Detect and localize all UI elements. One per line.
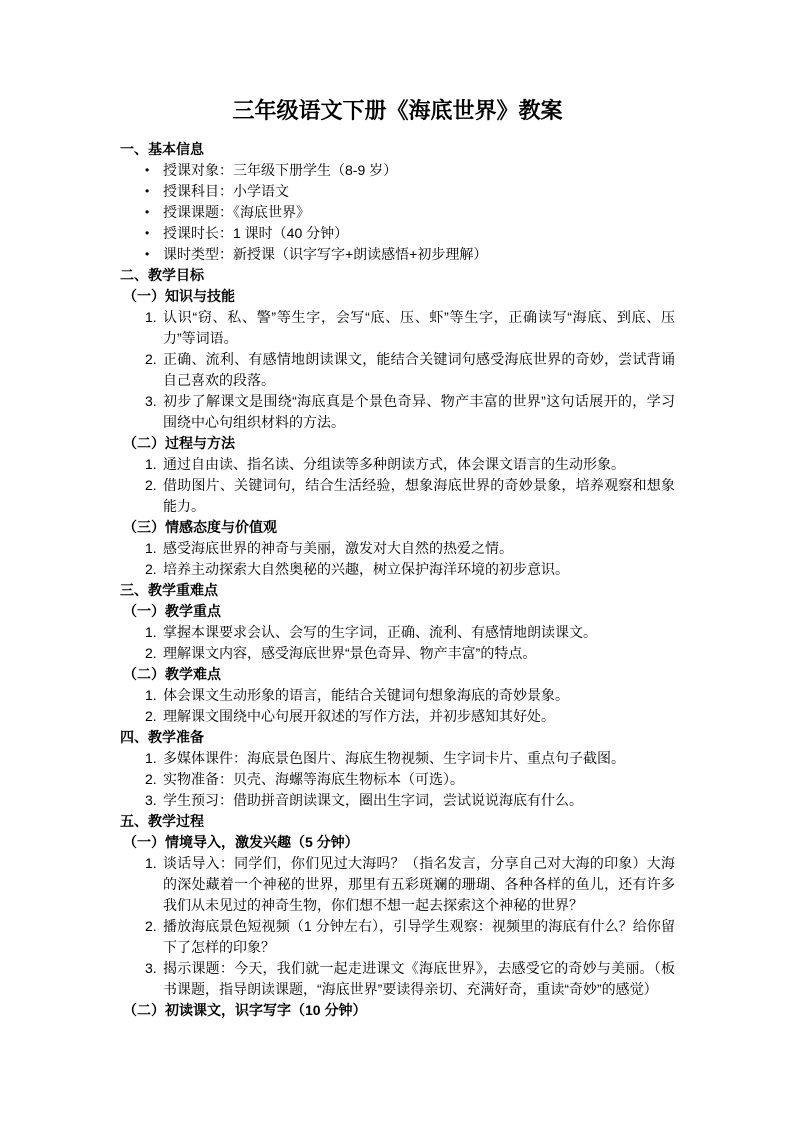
list-item: 1. 体会课文生动形象的语言，能结合关键词句想象海底的奇妙景象。 xyxy=(120,685,675,706)
list-item: 2. 培养主动探索大自然奥秘的兴趣，树立保护海洋环境的初步意识。 xyxy=(120,559,675,580)
list-item: 1. 谈话导入：同学们，你们见过大海吗？（指名发言，分享自己对大海的印象）大海的… xyxy=(120,853,675,916)
item-text: 多媒体课件：海底景色图片、海底生物视频、生字词卡片、重点句子截图。 xyxy=(163,748,675,769)
bullet-icon: • xyxy=(145,181,163,202)
list-item: 2. 实物准备：贝壳、海螺等海底生物标本（可选）。 xyxy=(120,769,675,790)
item-text: 课时类型：新授课（识字写字+朗读感悟+初步理解） xyxy=(163,244,675,265)
list-item: 1. 掌握本课要求会认、会写的生字词，正确、流利、有感情地朗读课文。 xyxy=(120,622,675,643)
bullet-icon: • xyxy=(145,244,163,265)
subsection-heading-process-methods: （二）过程与方法 xyxy=(120,433,675,454)
item-text: 感受海底世界的神奇与美丽，激发对大自然的热爱之情。 xyxy=(163,538,675,559)
bullet-icon: • xyxy=(145,160,163,181)
item-text: 授课课题：《海底世界》 xyxy=(163,202,675,223)
section-heading-teaching-process: 五、教学过程 xyxy=(120,811,675,832)
section-heading-teaching-preparation: 四、教学准备 xyxy=(120,727,675,748)
item-text: 揭示课题：今天，我们就一起走进课文《海底世界》，去感受它的奇妙与美丽。（板书课题… xyxy=(163,958,675,1000)
subsection-heading-difficult-points: （二）教学难点 xyxy=(120,664,675,685)
section-heading-basic-info: 一、基本信息 xyxy=(120,139,675,160)
number-marker: 1. xyxy=(145,622,163,643)
item-text: 借助图片、关键词句，结合生活经验，想象海底世界的奇妙景象，培养观察和想象能力。 xyxy=(163,475,675,517)
list-item: • 授课时长：1 课时（40 分钟） xyxy=(120,223,675,244)
subsection-heading-first-reading: （二）初读课文，识字写字（10 分钟） xyxy=(120,1000,675,1021)
bullet-icon: • xyxy=(145,223,163,244)
number-marker: 2. xyxy=(145,769,163,790)
subsection-heading-emotion-values: （三）情感态度与价值观 xyxy=(120,517,675,538)
section-heading-teaching-goals: 二、教学目标 xyxy=(120,265,675,286)
number-marker: 1. xyxy=(145,307,163,328)
section-heading-key-difficult-points: 三、教学重难点 xyxy=(120,580,675,601)
subsection-heading-situational-introduction: （一）情境导入，激发兴趣（5 分钟） xyxy=(120,832,675,853)
list-item: 1. 通过自由读、指名读、分组读等多种朗读方式，体会课文语言的生动形象。 xyxy=(120,454,675,475)
item-text: 谈话导入：同学们，你们见过大海吗？（指名发言，分享自己对大海的印象）大海的深处藏… xyxy=(163,853,675,916)
list-item: 2. 理解课文内容，感受海底世界“景色奇异、物产丰富”的特点。 xyxy=(120,643,675,664)
list-item: 2. 播放海底景色短视频（1 分钟左右），引导学生观察：视频里的海底有什么？给你… xyxy=(120,916,675,958)
number-marker: 2. xyxy=(145,475,163,496)
item-text: 实物准备：贝壳、海螺等海底生物标本（可选）。 xyxy=(163,769,675,790)
item-text: 授课科目：小学语文 xyxy=(163,181,675,202)
list-item: 3. 初步了解课文是围绕“海底真是个景色奇异、物产丰富的世界”这句话展开的，学习… xyxy=(120,391,675,433)
subsection-heading-key-points: （一）教学重点 xyxy=(120,601,675,622)
document-title: 三年级语文下册《海底世界》教案 xyxy=(120,97,675,125)
number-marker: 2. xyxy=(145,643,163,664)
number-marker: 2. xyxy=(145,916,163,937)
number-marker: 3. xyxy=(145,958,163,979)
item-text: 理解课文围绕中心句展开叙述的写作方法，并初步感知其好处。 xyxy=(163,706,675,727)
list-item: 2. 正确、流利、有感情地朗读课文，能结合关键词句感受海底世界的奇妙，尝试背诵自… xyxy=(120,349,675,391)
item-text: 学生预习：借助拼音朗读课文，圈出生字词，尝试说说海底有什么。 xyxy=(163,790,675,811)
list-item: 2. 借助图片、关键词句，结合生活经验，想象海底世界的奇妙景象，培养观察和想象能… xyxy=(120,475,675,517)
list-item: 3. 学生预习：借助拼音朗读课文，圈出生字词，尝试说说海底有什么。 xyxy=(120,790,675,811)
number-marker: 3. xyxy=(145,391,163,412)
item-text: 正确、流利、有感情地朗读课文，能结合关键词句感受海底世界的奇妙，尝试背诵自己喜欢… xyxy=(163,349,675,391)
number-marker: 1. xyxy=(145,538,163,559)
number-marker: 1. xyxy=(145,748,163,769)
item-text: 培养主动探索大自然奥秘的兴趣，树立保护海洋环境的初步意识。 xyxy=(163,559,675,580)
item-text: 掌握本课要求会认、会写的生字词，正确、流利、有感情地朗读课文。 xyxy=(163,622,675,643)
list-item: 1. 多媒体课件：海底景色图片、海底生物视频、生字词卡片、重点句子截图。 xyxy=(120,748,675,769)
list-item: • 授课科目：小学语文 xyxy=(120,181,675,202)
item-text: 理解课文内容，感受海底世界“景色奇异、物产丰富”的特点。 xyxy=(163,643,675,664)
number-marker: 2. xyxy=(145,559,163,580)
item-text: 播放海底景色短视频（1 分钟左右），引导学生观察：视频里的海底有什么？给你留下了… xyxy=(163,916,675,958)
bullet-icon: • xyxy=(145,202,163,223)
number-marker: 1. xyxy=(145,685,163,706)
list-item: • 授课课题：《海底世界》 xyxy=(120,202,675,223)
subsection-heading-knowledge-skills: （一）知识与技能 xyxy=(120,286,675,307)
list-item: 1. 感受海底世界的神奇与美丽，激发对大自然的热爱之情。 xyxy=(120,538,675,559)
list-item: • 课时类型：新授课（识字写字+朗读感悟+初步理解） xyxy=(120,244,675,265)
item-text: 体会课文生动形象的语言，能结合关键词句想象海底的奇妙景象。 xyxy=(163,685,675,706)
list-item: 3. 揭示课题：今天，我们就一起走进课文《海底世界》，去感受它的奇妙与美丽。（板… xyxy=(120,958,675,1000)
number-marker: 2. xyxy=(145,349,163,370)
list-item: • 授课对象：三年级下册学生（8-9 岁） xyxy=(120,160,675,181)
list-item: 2. 理解课文围绕中心句展开叙述的写作方法，并初步感知其好处。 xyxy=(120,706,675,727)
list-item: 1. 认识“窃、私、警”等生字，会写“底、压、虾”等生字，正确读写“海底、到底、… xyxy=(120,307,675,349)
item-text: 初步了解课文是围绕“海底真是个景色奇异、物产丰富的世界”这句话展开的，学习围绕中… xyxy=(163,391,675,433)
item-text: 授课对象：三年级下册学生（8-9 岁） xyxy=(163,160,675,181)
item-text: 认识“窃、私、警”等生字，会写“底、压、虾”等生字，正确读写“海底、到底、压力”… xyxy=(163,307,675,349)
number-marker: 3. xyxy=(145,790,163,811)
number-marker: 2. xyxy=(145,706,163,727)
number-marker: 1. xyxy=(145,853,163,874)
item-text: 通过自由读、指名读、分组读等多种朗读方式，体会课文语言的生动形象。 xyxy=(163,454,675,475)
item-text: 授课时长：1 课时（40 分钟） xyxy=(163,223,675,244)
document-page: 三年级语文下册《海底世界》教案 一、基本信息 • 授课对象：三年级下册学生（8-… xyxy=(0,0,794,1123)
number-marker: 1. xyxy=(145,454,163,475)
